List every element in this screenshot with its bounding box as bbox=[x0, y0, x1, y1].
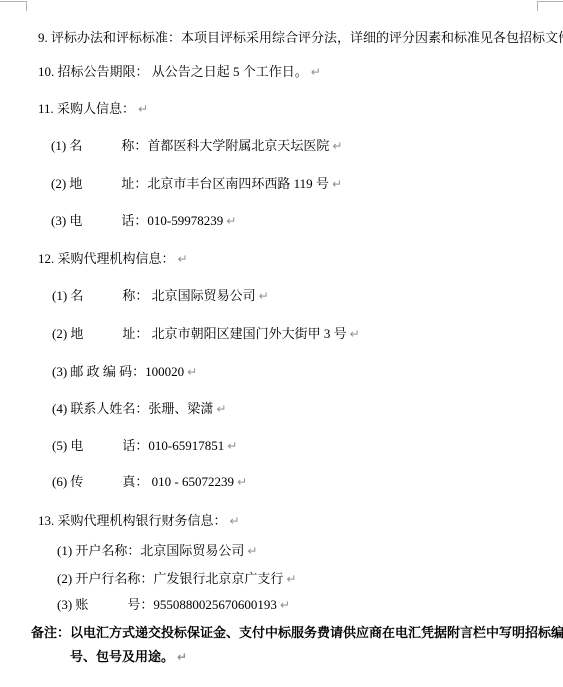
item-12-header-text: 12. 采购代理机构信息： bbox=[38, 251, 175, 266]
item-11-header-text: 11. 采购人信息： bbox=[38, 101, 135, 116]
item-13-bank-info-header: 13. 采购代理机构银行财务信息：↵ bbox=[25, 497, 240, 513]
agency-address-row: (2) 地 址： 北京市朝阳区建国门外大街甲 3 号↵ bbox=[39, 310, 360, 326]
agency-contact-names-text: (4) 联系人姓名：张珊、梁潇 bbox=[52, 401, 213, 416]
paragraph-mark-icon: ↵ bbox=[332, 177, 342, 191]
paragraph-mark-icon: ↵ bbox=[187, 365, 197, 379]
text-boundary-corner-mark-top-right bbox=[537, 1, 563, 11]
item-10-text: 10. 招标公告期限： 从公告之日起 5 个工作日。 bbox=[38, 64, 308, 79]
paragraph-mark-icon: ↵ bbox=[138, 102, 148, 116]
item-9-evaluation-method: 9. 评标办法和评标标准：本项目评标采用综合评分法，详细的评分因素和标准见各包招… bbox=[25, 14, 563, 30]
agency-phone-row: (5) 电 话：010-65917851↵ bbox=[39, 422, 237, 438]
item-11-purchaser-info-header: 11. 采购人信息：↵ bbox=[25, 85, 148, 101]
item-13-header-text: 13. 采购代理机构银行财务信息： bbox=[38, 513, 227, 528]
paragraph-mark-icon: ↵ bbox=[230, 514, 240, 528]
agency-fax-text: (6) 传 真： 010 - 65072239 bbox=[52, 474, 234, 489]
paragraph-mark-icon: ↵ bbox=[332, 139, 342, 153]
bank-account-name-row: (1) 开户名称：北京国际贸易公司↵ bbox=[44, 527, 257, 543]
purchaser-phone-row: (3) 电 话：010-59978239↵ bbox=[38, 197, 236, 213]
agency-postal-code-text: (3) 邮 政 编 码：100020 bbox=[52, 364, 184, 379]
text-boundary-corner-mark-top-left bbox=[0, 1, 27, 11]
purchaser-address-row: (2) 地 址：北京市丰台区南四环西路 119 号↵ bbox=[38, 160, 342, 176]
agency-name-text: (1) 名 称： 北京国际贸易公司 bbox=[52, 288, 256, 303]
agency-phone-text: (5) 电 话：010-65917851 bbox=[52, 438, 224, 453]
bank-account-number-row: (3) 账 号：9550880025670600193↵ bbox=[44, 581, 290, 597]
purchaser-name-text: (1) 名 称：首都医科大学附属北京天坛医院 bbox=[51, 138, 329, 153]
item-10-announcement-period: 10. 招标公告期限： 从公告之日起 5 个工作日。↵ bbox=[25, 48, 321, 64]
purchaser-phone-text: (3) 电 话：010-59978239 bbox=[51, 213, 223, 228]
paragraph-mark-icon: ↵ bbox=[259, 289, 269, 303]
bank-branch-name-row: (2) 开户行名称：广发银行北京京广支行↵ bbox=[44, 555, 296, 571]
document-page: 9. 评标办法和评标标准：本项目评标采用综合评分法，详细的评分因素和标准见各包招… bbox=[0, 0, 563, 687]
purchaser-name-row: (1) 名 称：首都医科大学附属北京天坛医院↵ bbox=[38, 122, 342, 138]
agency-postal-code-row: (3) 邮 政 编 码：100020↵ bbox=[39, 348, 197, 364]
paragraph-mark-icon: ↵ bbox=[177, 650, 187, 664]
paragraph-mark-icon: ↵ bbox=[350, 327, 360, 341]
item-12-agency-info-header: 12. 采购代理机构信息：↵ bbox=[25, 235, 188, 251]
paragraph-mark-icon: ↵ bbox=[237, 475, 247, 489]
remark-line-2: 号、包号及用途。↵ bbox=[57, 633, 187, 649]
paragraph-mark-icon: ↵ bbox=[226, 214, 236, 228]
paragraph-mark-icon: ↵ bbox=[227, 439, 237, 453]
agency-contact-names-row: (4) 联系人姓名：张珊、梁潇↵ bbox=[39, 385, 226, 401]
purchaser-address-text: (2) 地 址：北京市丰台区南四环西路 119 号 bbox=[51, 176, 329, 191]
agency-name-row: (1) 名 称： 北京国际贸易公司↵ bbox=[39, 272, 269, 288]
remark-line-2-text: 号、包号及用途。 bbox=[70, 649, 174, 664]
agency-fax-row: (6) 传 真： 010 - 65072239↵ bbox=[39, 458, 247, 474]
remark-line-1: 备注：以电汇方式递交投标保证金、支付中标服务费请供应商在电汇凭据附言栏中写明招标… bbox=[18, 609, 563, 625]
item-9-text: 9. 评标办法和评标标准：本项目评标采用综合评分法，详细的评分因素和标准见各包招… bbox=[38, 30, 563, 45]
paragraph-mark-icon: ↵ bbox=[216, 402, 226, 416]
paragraph-mark-icon: ↵ bbox=[178, 252, 188, 266]
paragraph-mark-icon: ↵ bbox=[311, 65, 321, 79]
agency-address-text: (2) 地 址： 北京市朝阳区建国门外大街甲 3 号 bbox=[52, 326, 347, 341]
